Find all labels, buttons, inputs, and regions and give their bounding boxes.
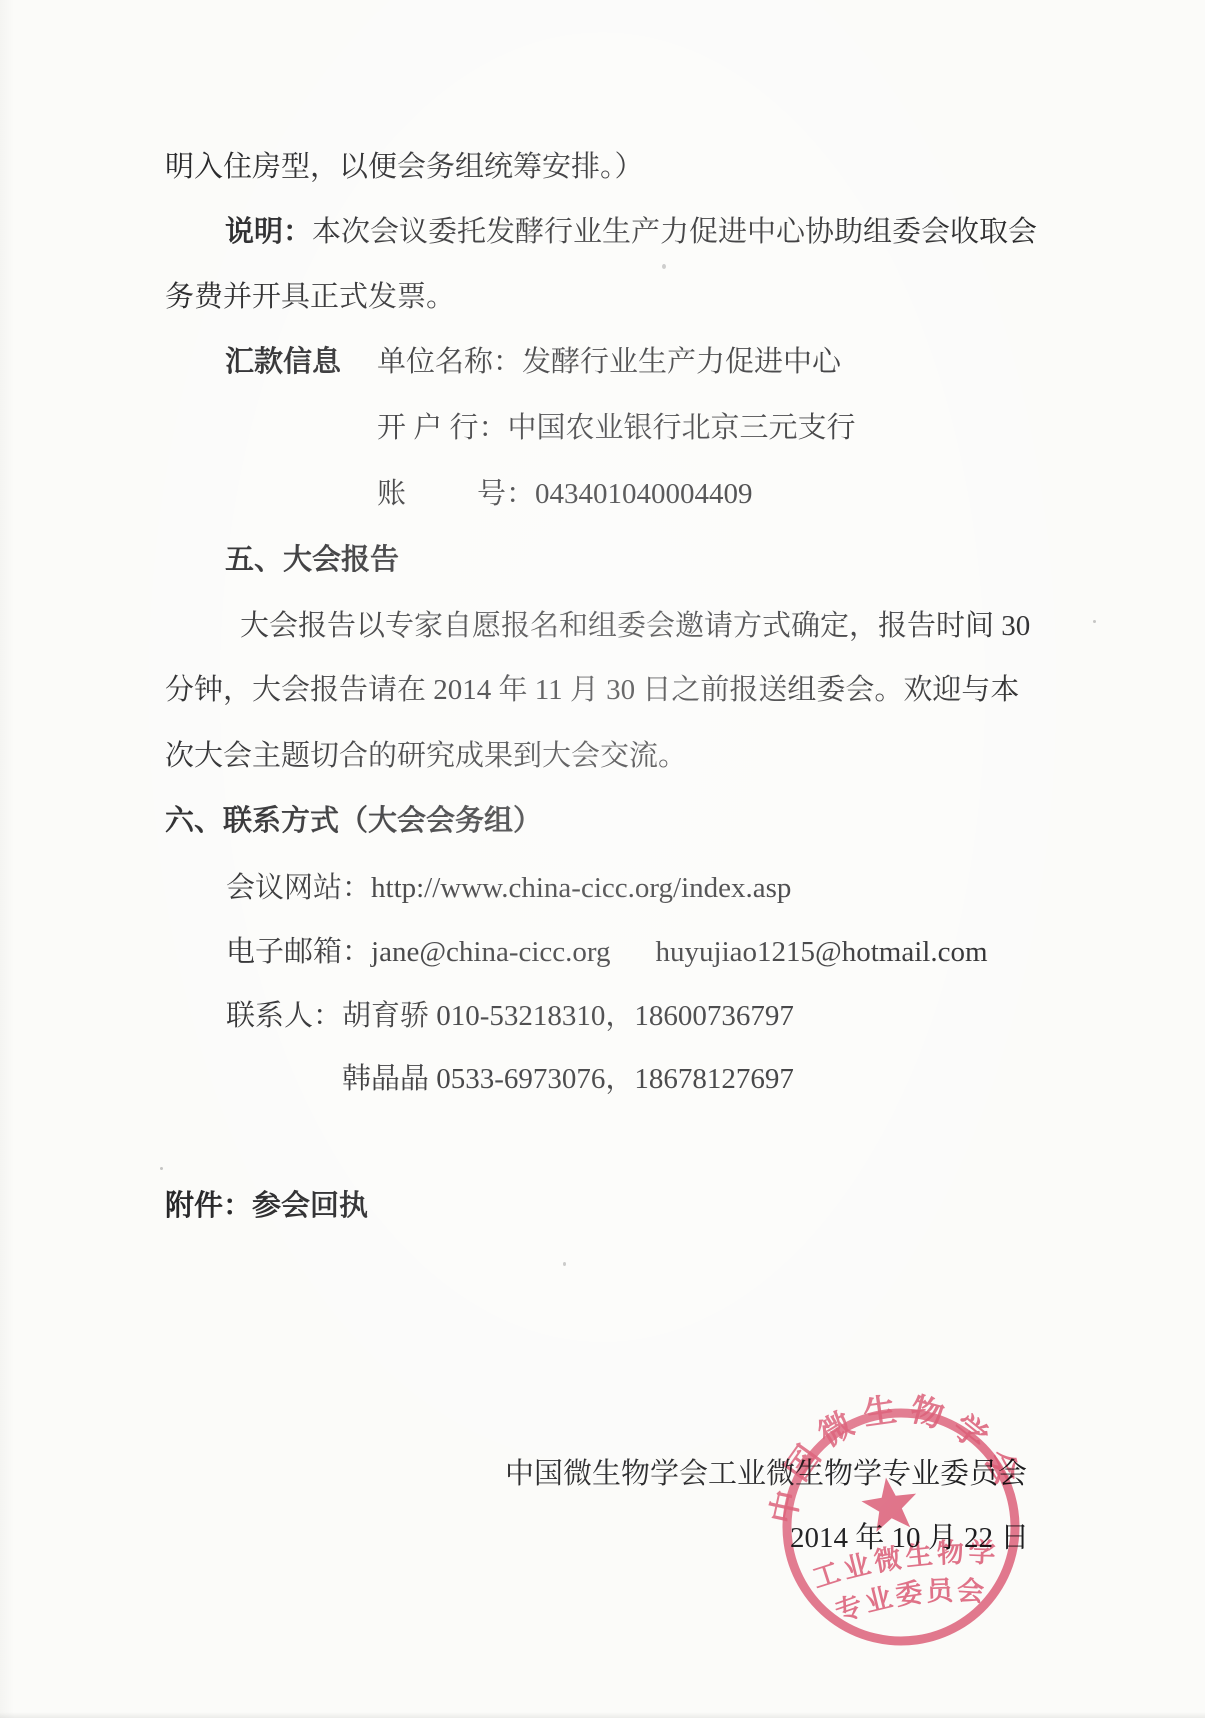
contact-line-1: 联系人：胡育骄 010-53218310，18600736797 <box>226 999 794 1033</box>
contact-label: 联系人： <box>226 1000 342 1032</box>
housing-note-line: 明入住房型，以便会务组统筹安排。） <box>165 150 644 184</box>
remittance-company-line: 汇款信息单位名称：发酵行业生产力促进中心 <box>225 345 841 379</box>
scan-speck <box>1093 620 1096 623</box>
section5-paragraph-line-2: 分钟，大会报告请在 2014 年 11 月 30 日之前报送组委会。欢迎与本 <box>165 673 1019 707</box>
remittance-label: 汇款信息 <box>225 346 341 378</box>
note-line-2: 务费并开具正式发票。 <box>165 280 455 314</box>
signature-committee: 中国微生物学会工业微生物学专业委员会 <box>505 1457 1027 1491</box>
section6-title: 六、联系方式（大会会务组） <box>165 804 542 838</box>
contact-primary: 胡育骄 010-53218310，18600736797 <box>342 1000 794 1032</box>
website-line: 会议网站：http://www.china-cicc.org/index.asp <box>226 871 791 905</box>
bank-value: 中国农业银行北京三元支行 <box>508 412 856 444</box>
note-line-1: 说明：本次会议委托发酵行业生产力促进中心协助组委会收取会 <box>225 215 1037 249</box>
bank-label: 开 户 行： <box>377 412 508 444</box>
account-label-left: 账 <box>377 478 406 510</box>
seal-row2-text: 专业委员会 <box>830 1568 992 1628</box>
attachment-line: 附件：参会回执 <box>165 1189 368 1223</box>
scan-speck <box>160 1167 163 1170</box>
note-text-1: 本次会议委托发酵行业生产力促进中心协助组委会收取会 <box>312 216 1037 248</box>
company-name-value: 发酵行业生产力促进中心 <box>522 346 841 378</box>
section5-paragraph-line-3: 次大会主题切合的研究成果到大会交流。 <box>165 739 687 773</box>
email-label: 电子邮箱： <box>226 936 371 968</box>
account-number: 043401040004409 <box>535 478 753 510</box>
section5-title: 五、大会报告 <box>225 543 399 577</box>
email-secondary: huyujiao1215@hotmail.com <box>656 936 988 968</box>
scan-speck <box>563 1262 566 1266</box>
scan-speck <box>662 264 666 269</box>
note-label: 说明： <box>225 216 312 248</box>
account-label-right: 号： <box>477 478 535 510</box>
website-label: 会议网站： <box>226 872 371 904</box>
email-primary: jane@china-cicc.org <box>371 936 611 968</box>
contact-line-2: 韩晶晶 0533-6973076，18678127697 <box>342 1062 794 1096</box>
company-name-label: 单位名称： <box>377 346 522 378</box>
remittance-account-line: 账号：043401040004409 <box>377 477 753 511</box>
scanned-document-page: 明入住房型，以便会务组统筹安排。） 说明：本次会议委托发酵行业生产力促进中心协助… <box>0 0 1205 1718</box>
section5-paragraph-line-1: 大会报告以专家自愿报名和组委会邀请方式确定，报告时间 30 <box>240 609 1030 643</box>
signature-date: 2014 年 10 月 22 日 <box>790 1521 1029 1555</box>
remittance-bank-line: 开 户 行：中国农业银行北京三元支行 <box>377 411 856 445</box>
seal-arc-text: 中国微生物学会 <box>749 1375 1033 1532</box>
email-line: 电子邮箱：jane@china-cicc.orghuyujiao1215@hot… <box>226 935 988 969</box>
website-url: http://www.china-cicc.org/index.asp <box>371 872 791 904</box>
